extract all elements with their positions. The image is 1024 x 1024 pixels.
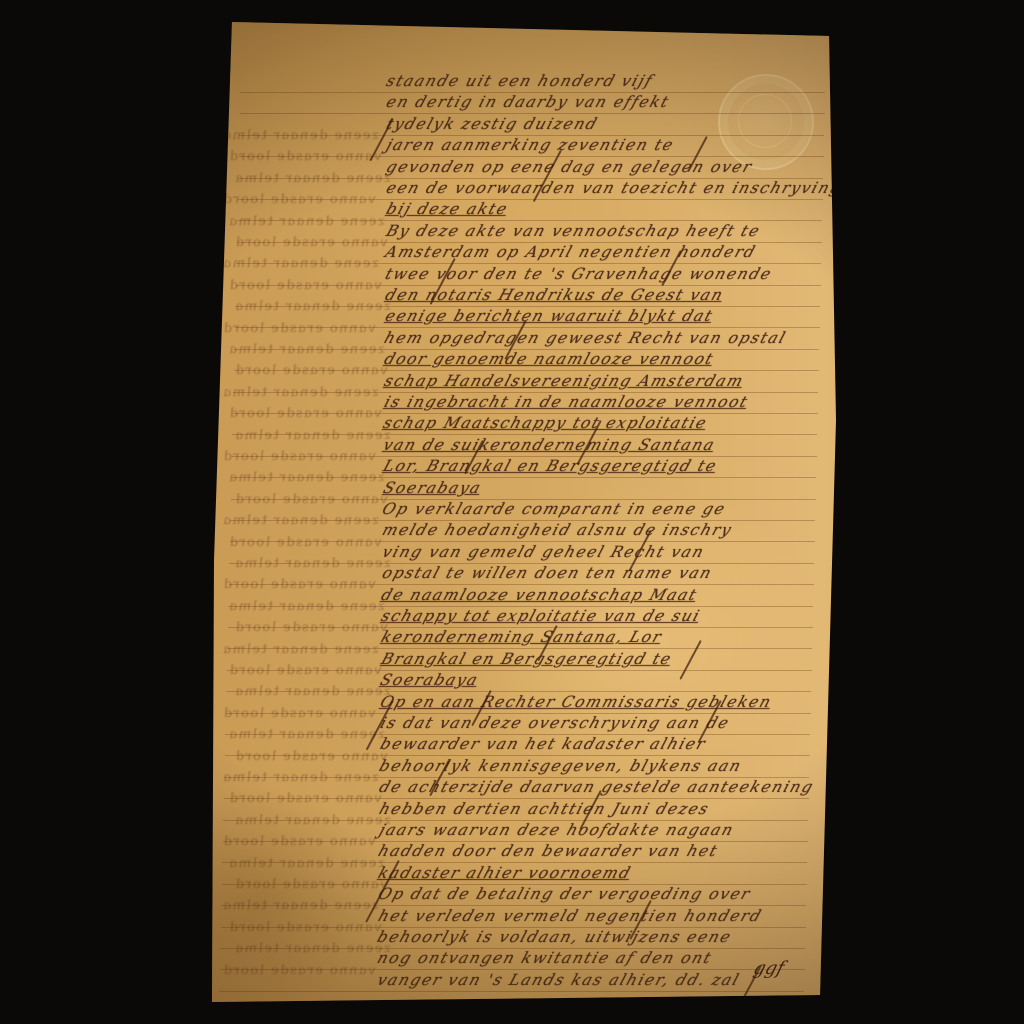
bleed-through-line: zeene denaar telma [226,599,387,614]
bleed-through-line: zeene denaar telma [220,385,381,400]
bleed-through-line: vanno erasde loord [232,749,389,764]
text-line: hadden door den bewaarder van het [376,842,721,860]
bleed-through-line: zeene denaar telma [226,214,387,229]
bleed-through-line: zeene denaar telma [220,128,381,143]
text-line: is dat van deze overschryving aan de [378,714,732,732]
text-line: staande uit een honderd vijf [384,72,656,90]
bleed-through-line: vanno erasde loord [226,406,383,421]
bleed-through-line: vanno erasde loord [232,492,389,507]
text-line: keronderneming Santana, Lor [379,628,665,646]
text-line: twee voor den te 's Gravenhage wonende [383,265,775,283]
bleed-through-line: vanno erasde loord [220,192,377,207]
bleed-through-line: zeene denaar telma [232,299,393,314]
bleed-through-line: zeene denaar telma [232,428,393,443]
text-line: bewaarder van het kadaster alhier [378,735,709,753]
text-line: gevonden op eene dag en gelegen over [384,158,755,176]
text-line: schap Handelsvereeniging Amsterdam [382,372,747,390]
bleed-through-line: zeene denaar telma [220,770,381,785]
bleed-through-line: zeene denaar telma [220,898,381,913]
text-line: Op verklaarde comparant in eene ge [380,500,728,518]
text-line: behoorlyk is voldaan, uitwijzens eene [375,928,734,946]
text-line: nog ontvangen kwitantie af den ont [375,949,715,967]
bleed-through-line: vanno erasde loord [220,577,377,592]
bleed-through-line: vanno erasde loord [220,321,377,336]
bleed-through-line: vanno erasde loord [232,235,389,250]
bleed-through-line: vanno erasde loord [232,363,389,378]
text-line: en dertig in daarby van effekt [384,93,672,111]
text-line: opstal te willen doen ten name van [380,564,715,582]
text-line: By deze akte van vennootschap heeft te [384,222,763,240]
bleed-through-line: vanno erasde loord [232,877,389,892]
text-line: Lor, Brangkal en Bergsgeregtigd te [381,457,720,475]
text-line: schappy tot exploitatie van de sui [379,607,703,625]
text-line: jaars waarvan deze hoofdakte nagaan [377,821,737,839]
text-line: behoorlyk kennisgegeven, blykens aan [377,757,745,775]
bleed-through-line: zeene denaar telma [226,727,387,742]
text-line: de naamlooze vennootschap Maat [379,586,700,604]
text-line: melde hoedanigheid alsnu de inschry [380,521,735,539]
bleed-through-line: zeene denaar telma [232,556,393,571]
text-line: het verleden vermeld negentien honderd [376,907,765,925]
ruled-line [219,991,804,992]
bleed-through-line: zeene denaar telma [226,342,387,357]
bleed-through-line: vanno erasde loord [226,920,383,935]
text-line: jaren aanmerking zeventien te [384,136,677,154]
text-line: tydelyk zestig duizend [384,115,601,133]
bleed-through-line: zeene denaar telma [220,256,381,271]
bleed-through-line: vanno erasde loord [220,834,377,849]
bleed-through-line: zeene denaar telma [220,513,381,528]
pen-stroke [679,640,701,680]
bleed-through-line: zeene denaar telma [220,642,381,657]
bleed-through-line: zeene denaar telma [232,941,393,956]
text-line: is ingebracht in de naamlooze vennoot [382,393,751,411]
text-line: Op dat de betaling der vergoeding over [376,885,753,903]
bleed-through-line: vanno erasde loord [226,535,383,550]
bleed-through-line: vanno erasde loord [226,663,383,678]
bleed-through-line: vanno erasde loord [220,449,377,464]
bleed-through-line: vanno erasde loord [226,149,383,164]
text-line: kadaster alhier voornoemd [376,864,634,882]
text-line: ving van gemeld geheel Recht van [380,543,707,561]
ruled-line [219,1012,804,1013]
text-line: van de suikeronderneming Santana [381,436,718,454]
text-line: vanger van 's Lands kas alhier, dd. zal [375,971,742,989]
text-line: eenige berichten waaruit blykt dat [383,307,716,325]
bleed-through-line: zeene denaar telma [232,813,393,828]
bleed-through-line: zeene denaar telma [226,856,387,871]
text-line: schap Maatschappy tot exploitatie [381,414,710,432]
text-line: hebben dertien achttien Juni dezes [377,800,712,818]
text-line: Amsterdam op April negentien honderd [383,243,759,261]
bleed-through-line: vanno erasde loord [226,278,383,293]
bleed-through-line: zeene denaar telma [226,470,387,485]
signature-mark: ggf [751,958,786,979]
text-line: Soerabaya [381,479,484,497]
text-line: Soerabaya [378,671,481,689]
text-line: de achterzijde daarvan gestelde aanteeke… [377,778,817,796]
bleed-through-line: vanno erasde loord [226,791,383,806]
text-line: den notaris Hendrikus de Geest van [383,286,726,304]
bleed-through-line: vanno erasde loord [220,706,377,721]
text-line: bij deze akte [384,200,511,218]
text-line: een de voorwaarden van toezicht en insch… [384,179,845,197]
text-line: door genoemde naamlooze vennoot [382,350,717,368]
bleed-through-line: vanno erasde loord [220,963,377,978]
bleed-through-line: vanno erasde loord [232,620,389,635]
text-line: Op en aan Rechter Commissaris gebleken [378,693,775,711]
text-line: Brangkal en Bergsgeregtigd te [379,650,675,668]
bleed-through-line: zeene denaar telma [232,171,393,186]
manuscript-page: zeene denaar telma vanno erasde loord ze… [0,0,1024,1024]
bleed-through-line: zeene denaar telma [232,684,393,699]
text-line: hem opgedragen geweest Recht van opstal [382,329,789,347]
